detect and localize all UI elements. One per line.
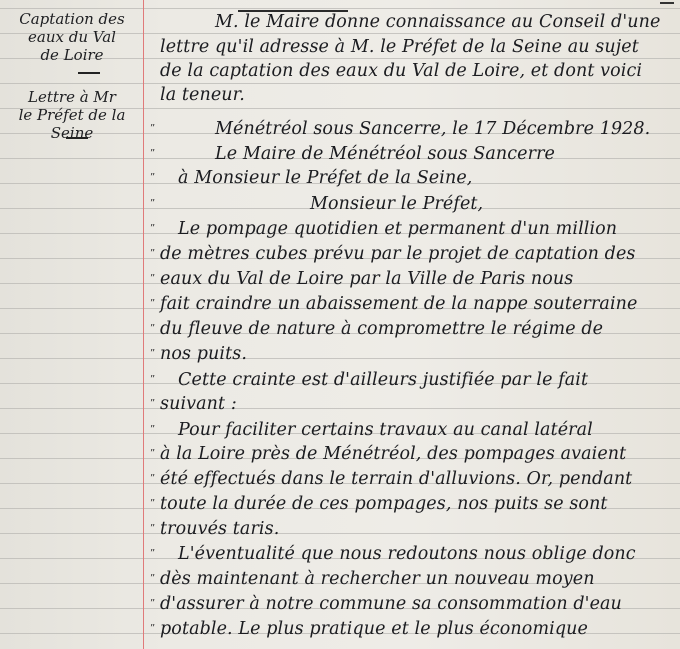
ditto-mark: ” (150, 523, 155, 534)
ditto-mark: ” (150, 298, 155, 309)
handwritten-line: de mètres cubes prévu par le projet de c… (160, 244, 672, 264)
margin-note-line: Captation des (4, 10, 140, 28)
ditto-mark: ” (150, 148, 155, 159)
ditto-mark: ” (150, 273, 155, 284)
margin-note-line: eaux du Val (4, 28, 140, 46)
ditto-mark: ” (150, 398, 155, 409)
handwritten-line: de la captation des eaux du Val de Loire… (160, 61, 672, 81)
handwritten-line: eaux du Val de Loire par la Ville de Par… (160, 269, 672, 289)
handwritten-line: Pour faciliter certains travaux au canal… (178, 420, 672, 440)
ruled-line (0, 8, 680, 9)
handwritten-line: Monsieur le Préfet, (310, 194, 672, 214)
ditto-mark: ” (150, 348, 155, 359)
handwritten-line: Ménétréol sous Sancerre, le 17 Décembre … (215, 119, 672, 139)
handwritten-line: M. le Maire donne connaissance au Consei… (215, 12, 672, 32)
margin-separator (78, 72, 100, 74)
handwritten-line: la teneur. (160, 85, 672, 105)
ditto-mark: ” (150, 473, 155, 484)
handwritten-line: trouvés taris. (160, 519, 672, 539)
handwritten-line: Le pompage quotidien et permanent d'un m… (178, 219, 672, 239)
margin-note-line: Seine (4, 124, 140, 142)
margin-note-line: de Loire (4, 46, 140, 64)
handwritten-line: à la Loire près de Ménétréol, des pompag… (160, 444, 672, 464)
handwritten-line: d'assurer à notre commune sa consommatio… (160, 594, 672, 614)
handwritten-line: suivant : (160, 394, 672, 414)
ditto-mark: ” (150, 374, 155, 385)
ditto-mark: ” (150, 598, 155, 609)
handwritten-line: à Monsieur le Préfet de la Seine, (178, 168, 672, 188)
handwritten-line: potable. Le plus pratique et le plus éco… (160, 619, 672, 639)
margin-rule (143, 0, 144, 649)
ditto-mark: ” (150, 172, 155, 183)
ditto-mark: ” (150, 498, 155, 509)
handwritten-line: Le Maire de Ménétréol sous Sancerre (215, 144, 672, 164)
ruled-line (0, 83, 680, 84)
ditto-mark: ” (150, 448, 155, 459)
ditto-mark: ” (150, 573, 155, 584)
ditto-mark: ” (150, 323, 155, 334)
margin-note-line: le Préfet de la (4, 106, 140, 124)
margin-note-letter: Lettre à Mr le Préfet de la Seine (4, 88, 140, 142)
margin-separator (66, 137, 88, 139)
handwritten-line: lettre qu'il adresse à M. le Préfet de l… (160, 37, 672, 57)
handwritten-line: nos puits. (160, 344, 672, 364)
ditto-mark: ” (150, 623, 155, 634)
ditto-mark: ” (150, 223, 155, 234)
ditto-mark: ” (150, 198, 155, 209)
handwritten-line: fait craindre un abaissement de la nappe… (160, 294, 672, 314)
ditto-mark: ” (150, 123, 155, 134)
ditto-mark: ” (150, 248, 155, 259)
margin-note-line: Lettre à Mr (4, 88, 140, 106)
ditto-mark: ” (150, 548, 155, 559)
handwritten-line: Cette crainte est d'ailleurs justifiée p… (178, 370, 672, 390)
handwritten-line: dès maintenant à rechercher un nouveau m… (160, 569, 672, 589)
register-page: Captation des eaux du Val de Loire Lettr… (0, 0, 680, 649)
ink-stroke (660, 2, 674, 4)
handwritten-line: du fleuve de nature à compromettre le ré… (160, 319, 672, 339)
margin-note-subject: Captation des eaux du Val de Loire (4, 10, 140, 64)
handwritten-line: toute la durée de ces pompages, nos puit… (160, 494, 672, 514)
handwritten-line: été effectués dans le terrain d'alluvion… (160, 469, 672, 489)
handwritten-line: L'éventualité que nous redoutons nous ob… (178, 544, 672, 564)
ditto-mark: ” (150, 424, 155, 435)
